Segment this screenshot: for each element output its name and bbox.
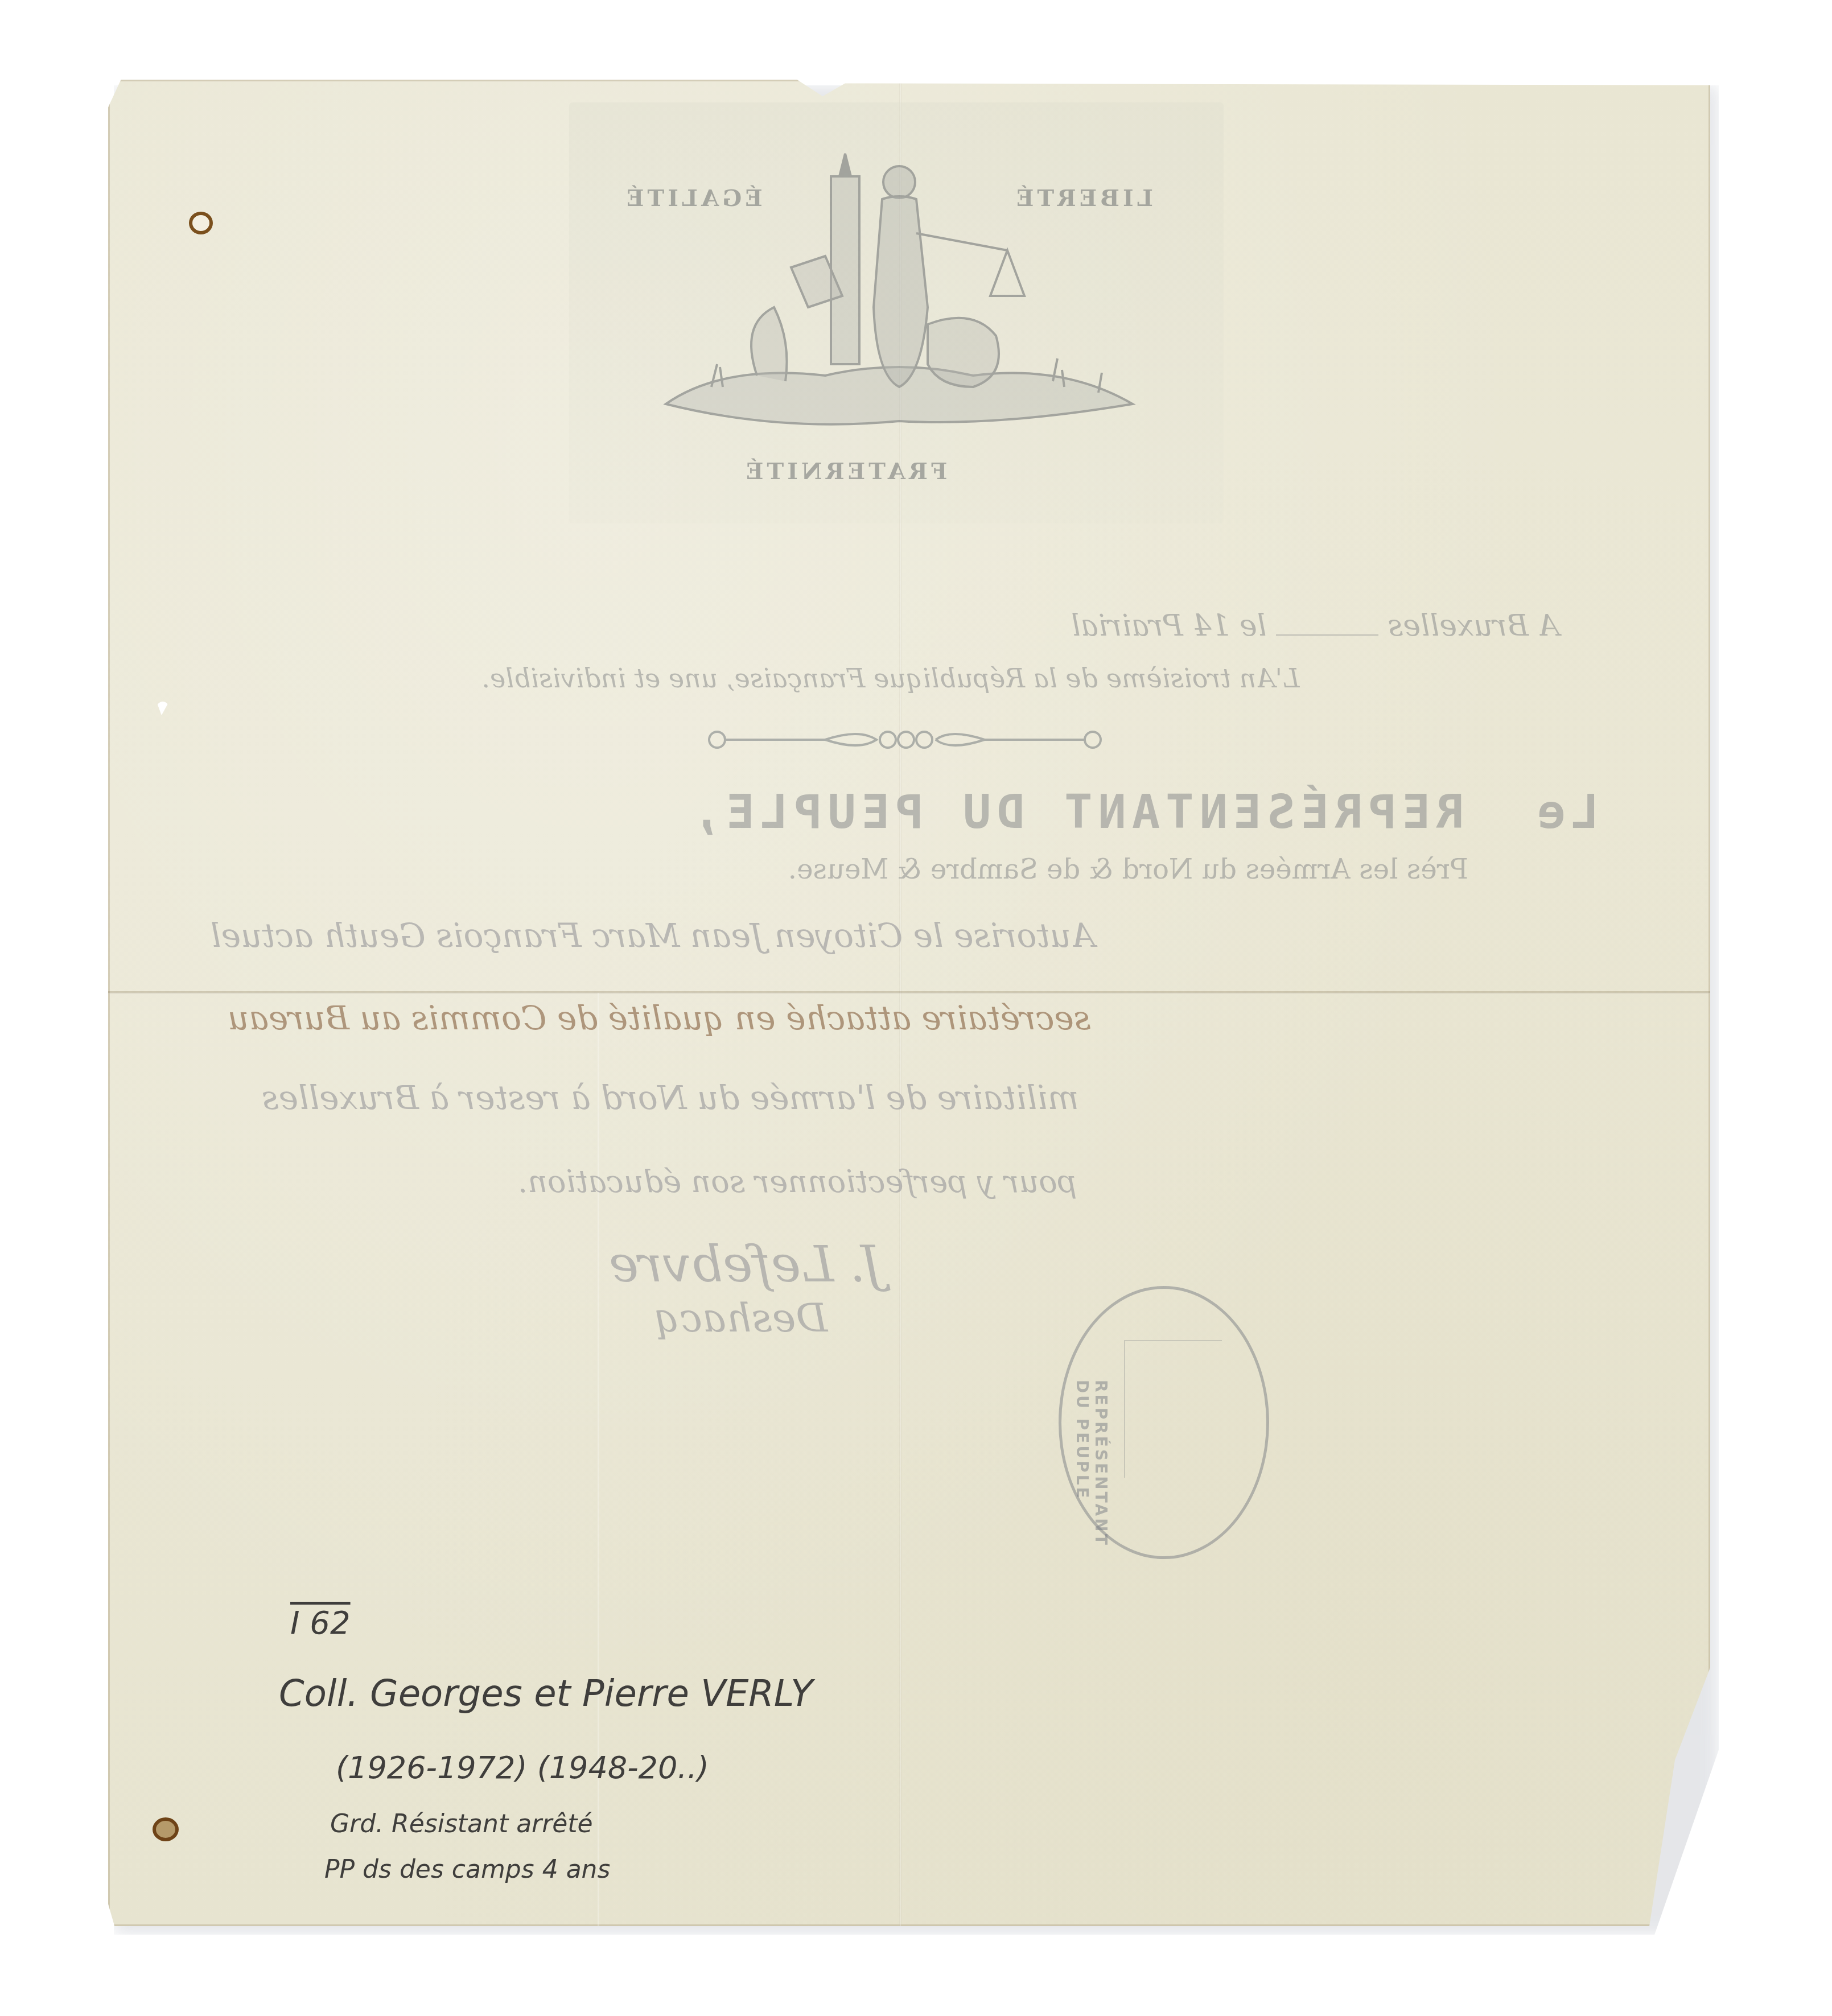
representant-title: Le REPRÉSENTANT DU PEUPLE, xyxy=(404,785,1599,839)
body-line-4: pour y perfectionner son éducation. xyxy=(518,1164,1077,1199)
provenance-line-3: Grd. Résistant arrêté xyxy=(330,1809,593,1838)
provenance-line-2: (1926-1972) (1948-20..) xyxy=(336,1750,709,1786)
republic-year-line: L'An troisième de la République Français… xyxy=(450,663,1332,694)
oval-stamp: REPRÉSENTANT DU PEUPLE xyxy=(1059,1286,1269,1559)
pin-hole-top xyxy=(189,212,213,234)
engraving-vignette: LIBERTÉ ÉGALITÉ xyxy=(569,102,1224,523)
pin-hole-bottom xyxy=(153,1817,179,1841)
horizontal-fold xyxy=(108,991,1710,994)
provenance-line-4: PP ds des camps 4 ans xyxy=(324,1855,610,1884)
stamp-emblem xyxy=(1124,1340,1222,1478)
place-date-line: A Bruxelles le 14 Prairial xyxy=(706,609,1559,643)
signature-2: Deshacq xyxy=(654,1294,828,1341)
inventory-reference: I 62 xyxy=(290,1605,351,1642)
body-line-2: secrétaire attaché en qualité de Commis … xyxy=(228,999,1091,1037)
lower-fold-crease xyxy=(598,993,599,1926)
representant-subtitle: Près les Armées du Nord & de Sambre & Me… xyxy=(529,854,1468,885)
allegory-figure-icon xyxy=(654,137,1144,444)
document-sheet: LIBERTÉ ÉGALITÉ xyxy=(108,80,1710,1926)
body-line-1: Autorise le Citoyen Jean Marc François G… xyxy=(211,916,1095,955)
place-name: Bruxelles xyxy=(1388,609,1529,643)
tear-hole-left xyxy=(157,702,169,715)
signature-1: J. Lefebvre xyxy=(609,1235,882,1293)
date-text: le 14 Prairial xyxy=(1071,609,1266,643)
place-prefix: A xyxy=(1538,609,1559,643)
provenance-line-1: Coll. Georges et Pierre VERLY xyxy=(279,1673,813,1715)
motto-fraternite: FRATERNITÉ xyxy=(743,458,948,485)
body-line-3: militaire de l'armée du Nord à rester à … xyxy=(262,1078,1079,1117)
stamp-legend: REPRÉSENTANT DU PEUPLE xyxy=(1073,1380,1110,1556)
ornamental-rule-icon xyxy=(700,723,1110,757)
